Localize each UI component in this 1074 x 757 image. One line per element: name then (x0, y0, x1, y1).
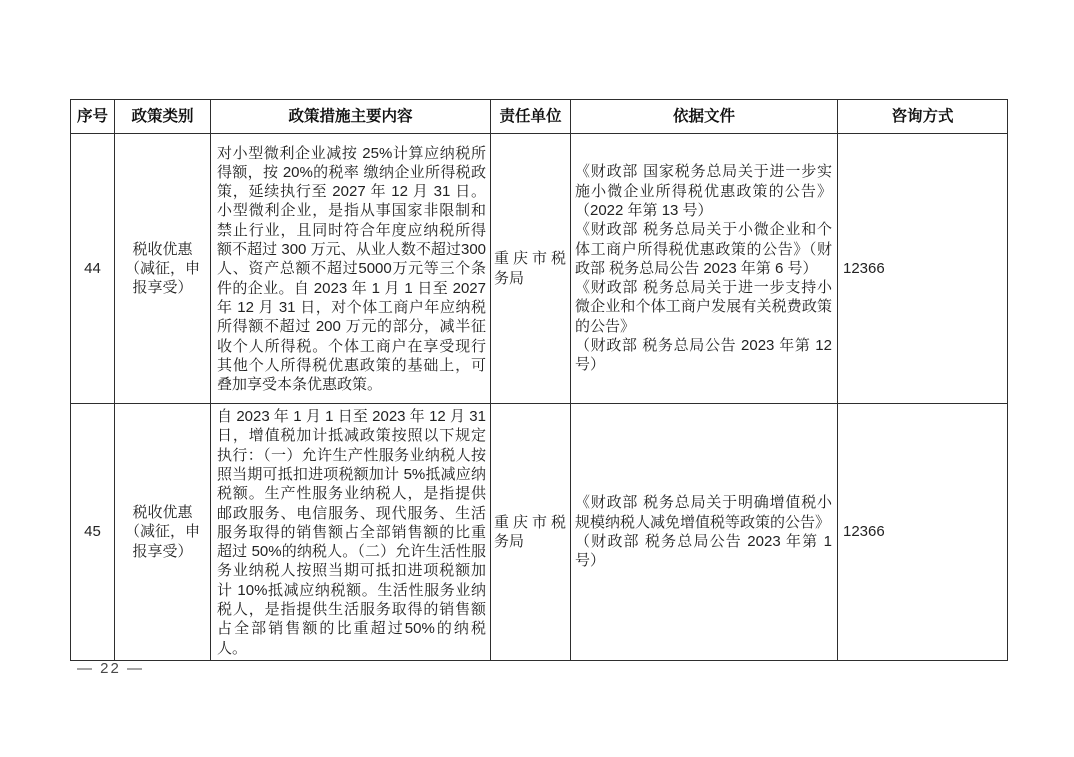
basis-document: 《财政部 税务总局关于进一步支持小微企业和个体工商户发展有关税费政策的公告》 (575, 278, 832, 336)
cell-content-45: 自 2023 年 1 月 1 日至 2023 年 12 月 31 日，增值税加计… (211, 404, 491, 661)
table-row-45: 45 税收优惠（减征，申报享受） 自 2023 年 1 月 1 日至 2023 … (71, 404, 1008, 661)
policy-table: 序号 政策类别 政策措施主要内容 责任单位 依据文件 咨询方式 44 税收优惠（… (70, 99, 1008, 661)
header-basis-documents: 依据文件 (571, 100, 838, 134)
basis-document: 《财政部 税务总局关于小微企业和个体工商户所得税优惠政策的公告》（财政部 税务总… (575, 220, 832, 278)
cell-content-44: 对小型微利企业减按 25%计算应纳税所得额，按 20%的税率 缴纳企业所得税政策… (211, 134, 491, 404)
cell-seq-44: 44 (71, 134, 115, 404)
cell-consult-method-45: 12366 (838, 404, 1008, 661)
header-content: 政策措施主要内容 (211, 100, 491, 134)
header-consult-method: 咨询方式 (838, 100, 1008, 134)
basis-document: （财政部 税务总局公告 2023 年第 12 号） (575, 336, 832, 375)
page-number: — 22 — (77, 660, 144, 677)
header-responsible-unit: 责任单位 (491, 100, 571, 134)
cell-category-45: 税收优惠（减征，申报享受） (115, 404, 211, 661)
cell-consult-method-44: 12366 (838, 134, 1008, 404)
basis-document: （财政部 税务总局公告 2023 年第 1 号） (575, 532, 832, 571)
table-header-row: 序号 政策类别 政策措施主要内容 责任单位 依据文件 咨询方式 (71, 100, 1008, 134)
basis-document: 《财政部 税务总局关于明确增值税小规模纳税人减免增值税等政策的公告》 (575, 493, 832, 532)
document-page: 序号 政策类别 政策措施主要内容 责任单位 依据文件 咨询方式 44 税收优惠（… (0, 0, 1074, 757)
header-category: 政策类别 (115, 100, 211, 134)
cell-seq-45: 45 (71, 404, 115, 661)
basis-document: 《财政部 国家税务总局关于进一步实施小微企业所得税优惠政策的公告》（2022 年… (575, 162, 832, 220)
table-row-44: 44 税收优惠（减征，申报享受） 对小型微利企业减按 25%计算应纳税所得额，按… (71, 134, 1008, 404)
header-seq: 序号 (71, 100, 115, 134)
cell-basis-documents-44: 《财政部 国家税务总局关于进一步实施小微企业所得税优惠政策的公告》（2022 年… (571, 134, 838, 404)
cell-basis-documents-45: 《财政部 税务总局关于明确增值税小规模纳税人减免增值税等政策的公告》 （财政部 … (571, 404, 838, 661)
cell-responsible-unit-45: 重庆市税务局 (491, 404, 571, 661)
cell-category-44: 税收优惠（减征，申报享受） (115, 134, 211, 404)
cell-responsible-unit-44: 重庆市税务局 (491, 134, 571, 404)
